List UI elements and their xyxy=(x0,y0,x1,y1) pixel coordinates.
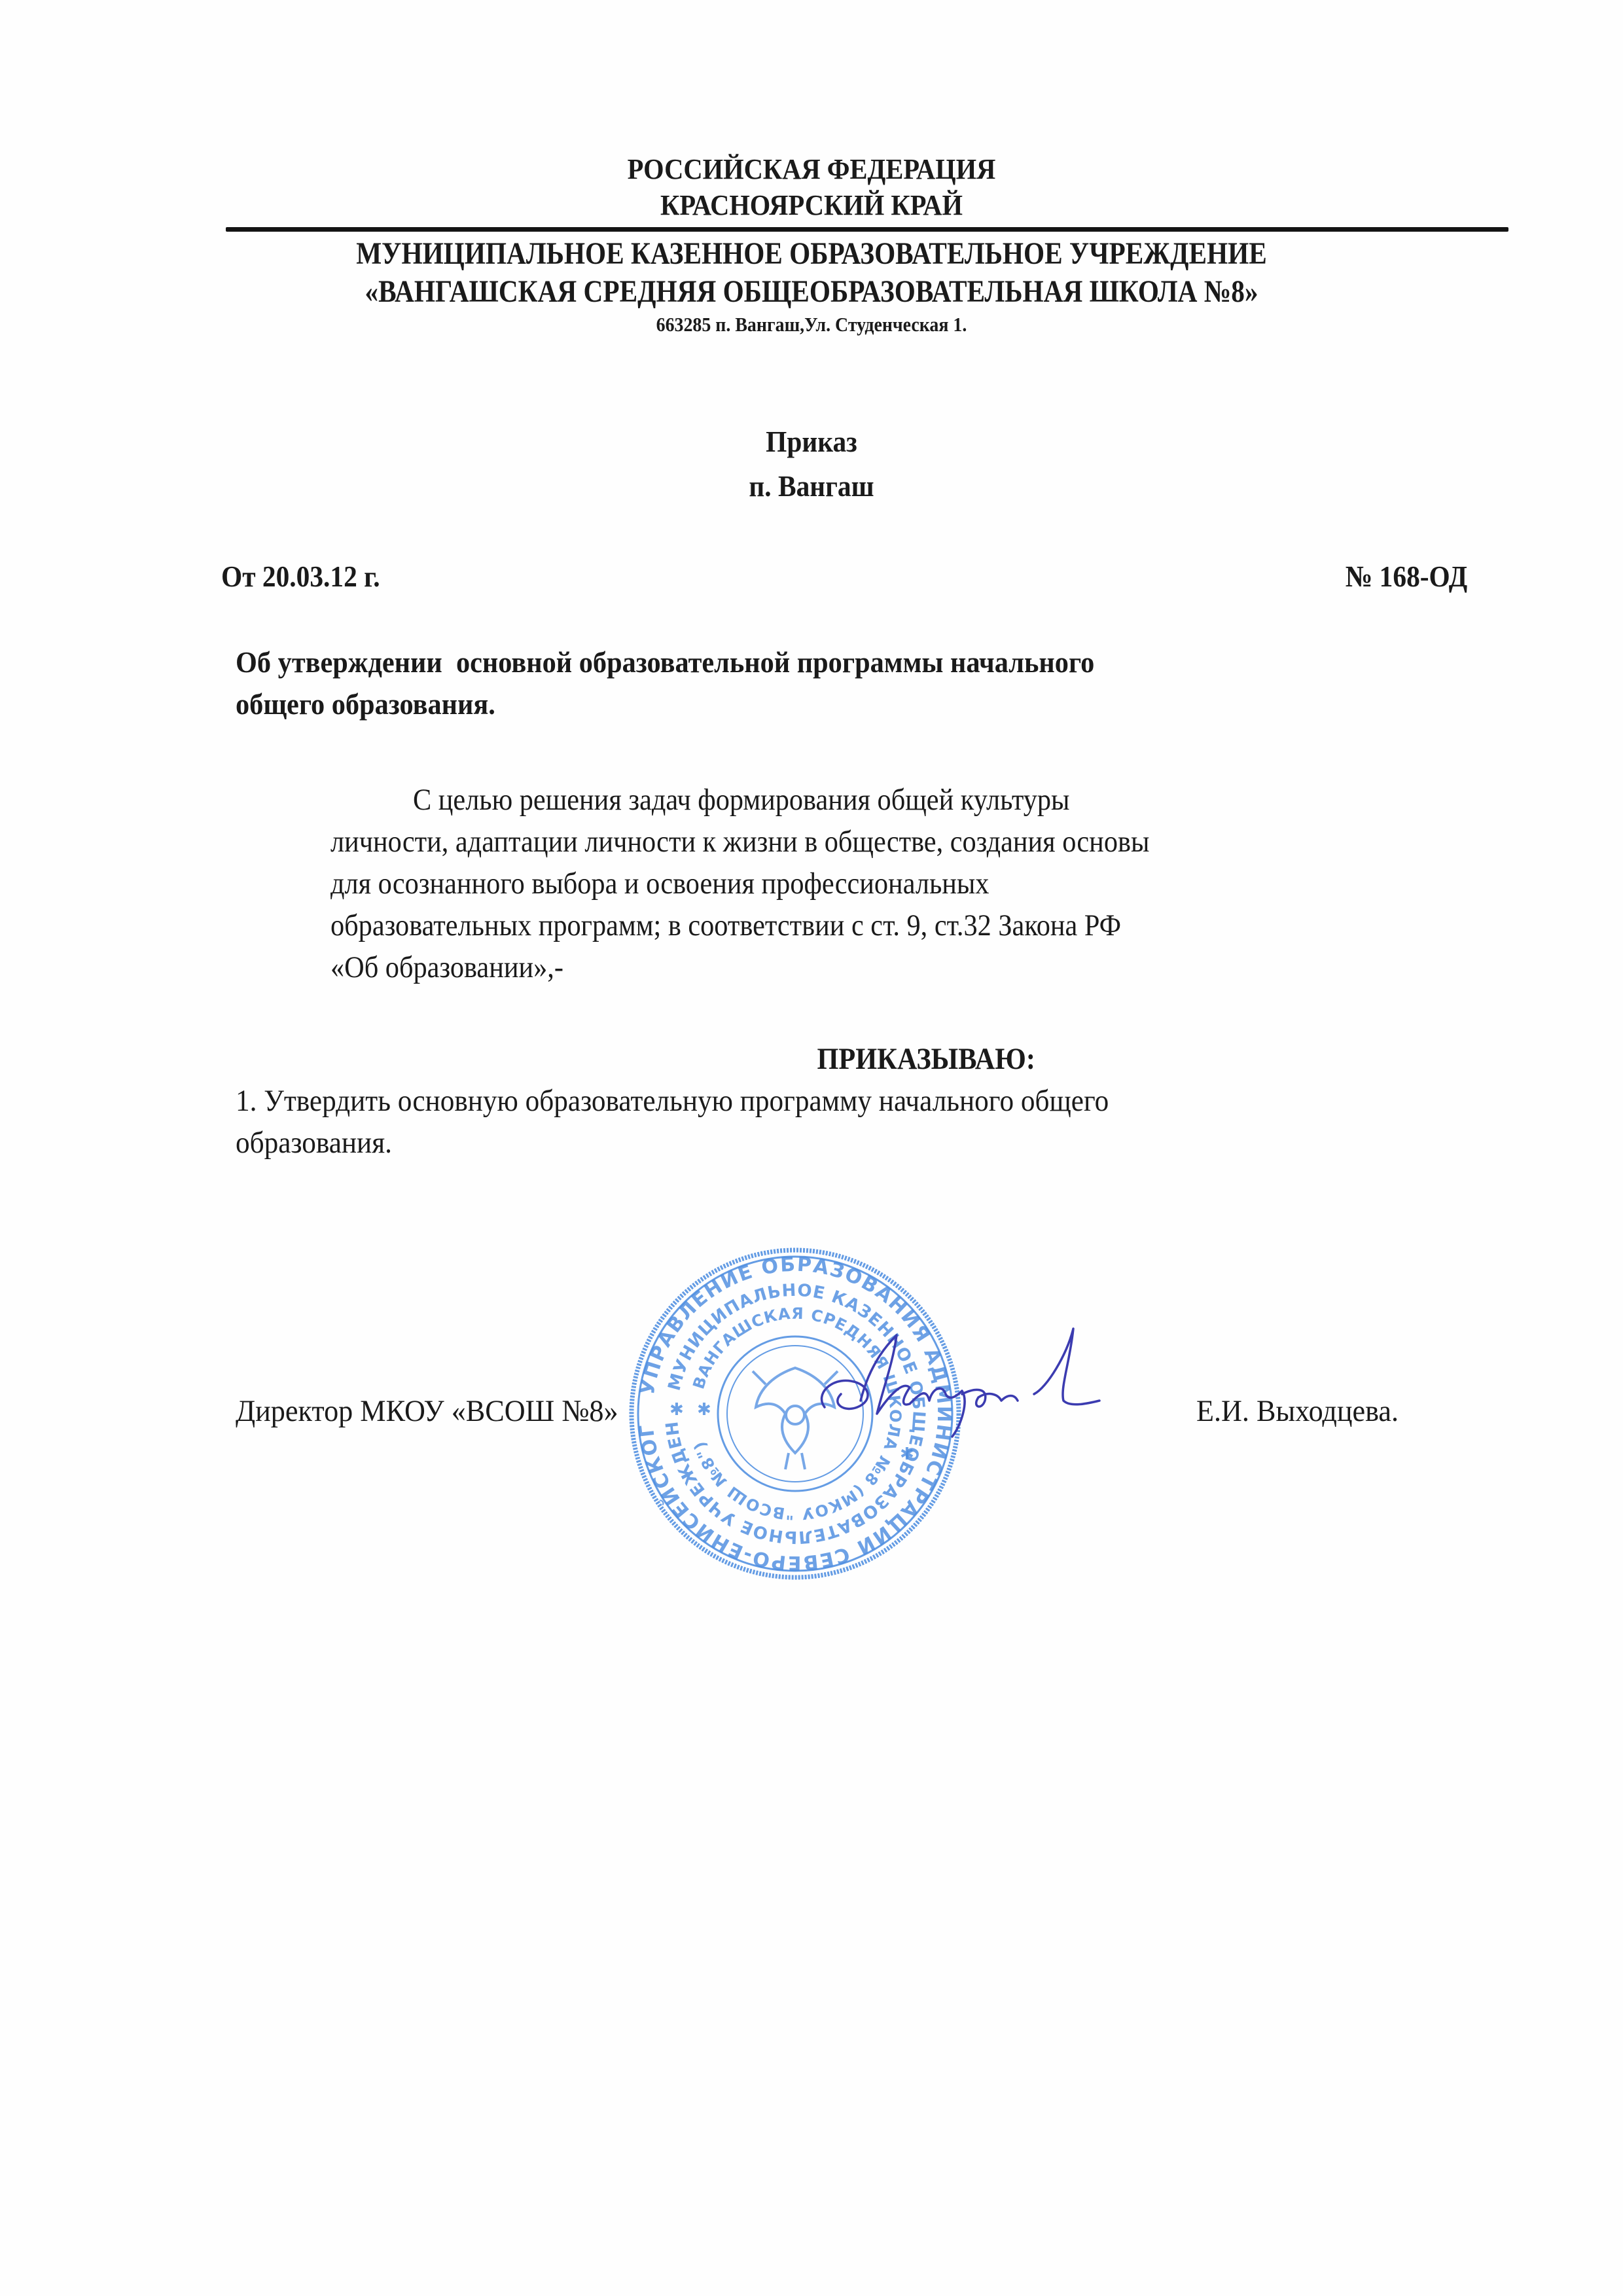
document-date: От 20.03.12 г. xyxy=(221,559,380,594)
order-item: 1. Утвердить основную образовательную пр… xyxy=(236,1080,1380,1164)
header-institution-line2: «ВАНГАШСКАЯ СРЕДНЯЯ ОБЩЕОБРАЗОВАТЕЛЬНАЯ … xyxy=(114,274,1510,310)
signatory-name: Е.И. Выходцева. xyxy=(1196,1393,1399,1429)
order-item-line-1: 1. Утвердить основную образовательную пр… xyxy=(236,1080,1380,1122)
preamble-line: «Об образовании»,- xyxy=(330,946,1391,988)
svg-text:✱: ✱ xyxy=(900,1444,914,1464)
document-subject: Об утверждении основной образовательной … xyxy=(236,641,1380,725)
header-country: РОССИЙСКАЯ ФЕДЕРАЦИЯ xyxy=(65,152,1558,187)
header-address: 663285 п. Вангаш,Ул. Студенческая 1. xyxy=(81,312,1542,337)
signature-scribble-icon xyxy=(811,1316,1119,1446)
order-heading: ПРИКАЗЫВАЮ: xyxy=(817,1041,1035,1077)
header-institution-line1: МУНИЦИПАЛЬНОЕ КАЗЕННОЕ ОБРАЗОВАТЕЛЬНОЕ У… xyxy=(114,236,1510,272)
svg-text:✱: ✱ xyxy=(697,1400,711,1420)
signatory-position: Директор МКОУ «ВСОШ №8» xyxy=(236,1393,618,1429)
header-region: КРАСНОЯРСКИЙ КРАЙ xyxy=(65,188,1558,223)
svg-text:✱: ✱ xyxy=(669,1400,684,1420)
preamble-line: личности, адаптации личности к жизни в о… xyxy=(330,821,1391,863)
order-item-line-2: образования. xyxy=(236,1122,1380,1164)
document-type: Приказ xyxy=(81,424,1542,459)
preamble-paragraph: С целью решения задач формирования общей… xyxy=(330,779,1391,988)
document-page: РОССИЙСКАЯ ФЕДЕРАЦИЯ КРАСНОЯРСКИЙ КРАЙ М… xyxy=(0,0,1623,2296)
handwritten-signature xyxy=(811,1316,1119,1446)
preamble-line: для осознанного выбора и освоения профес… xyxy=(330,863,1391,905)
subject-line-2: общего образования. xyxy=(236,683,1380,725)
subject-line-1: Об утверждении основной образовательной … xyxy=(236,641,1380,683)
document-number: № 168-ОД xyxy=(1346,559,1467,594)
preamble-line: С целью решения задач формирования общей… xyxy=(330,779,1391,821)
preamble-line: образовательных программ; в соответствии… xyxy=(330,905,1391,946)
document-place: п. Вангаш xyxy=(81,469,1542,504)
header-divider xyxy=(226,227,1508,232)
